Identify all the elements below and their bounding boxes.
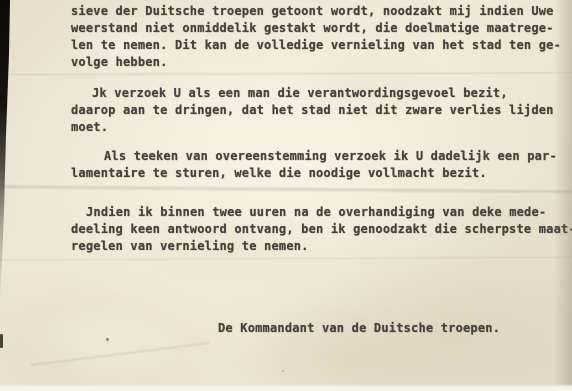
paragraph: Jndien ik binnen twee uuren na de overha… bbox=[71, 204, 572, 255]
paragraph: Als teeken van overeenstemming verzoek i… bbox=[71, 148, 557, 182]
typed-line: lamentaire te sturen, welke die noodige … bbox=[71, 165, 557, 182]
signature-line: De Kommandant van de Duitsche troepen. bbox=[218, 320, 500, 337]
paragraph: Jk verzoek U als een man die verantwordi… bbox=[71, 85, 554, 136]
typed-line: len te nemen. Dit kan de volledige verni… bbox=[71, 37, 561, 54]
typed-line: deeling keen antwoord ontvang, ben ik ge… bbox=[71, 221, 572, 238]
typed-line: Als teeken van overeenstemming verzoek i… bbox=[71, 148, 557, 165]
typed-line: regelen van vernieling te nemen. bbox=[71, 238, 572, 255]
document-photo: sieve der Duitsche troepen getoont wordt… bbox=[0, 0, 572, 391]
typewritten-text: sieve der Duitsche troepen getoont wordt… bbox=[0, 0, 572, 391]
typed-line: weerstand niet onmiddelik gestakt wordt,… bbox=[71, 20, 561, 37]
typed-line: volge hebben. bbox=[71, 54, 561, 71]
typed-line: moet. bbox=[71, 119, 554, 136]
typed-line: Jk verzoek U als een man die verantwordi… bbox=[71, 85, 554, 102]
paragraph: sieve der Duitsche troepen getoont wordt… bbox=[71, 3, 561, 71]
typed-line: Jndien ik binnen twee uuren na de overha… bbox=[71, 204, 572, 221]
typed-line: sieve der Duitsche troepen getoont wordt… bbox=[71, 3, 561, 20]
typed-line: daarop aan te dringen, dat het stad niet… bbox=[71, 102, 554, 119]
